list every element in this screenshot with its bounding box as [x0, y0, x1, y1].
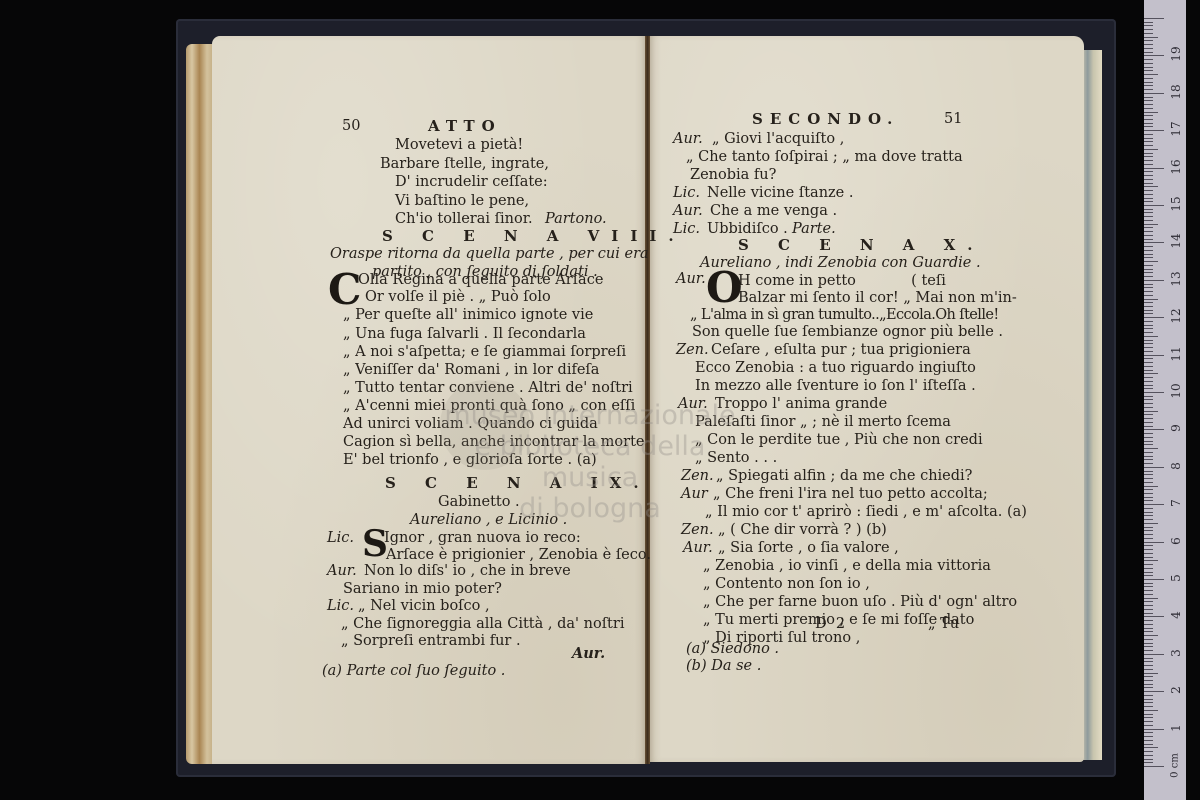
ruler-tick	[1144, 362, 1153, 363]
ruler-tick	[1144, 590, 1153, 591]
ruler-tick	[1144, 227, 1153, 228]
ruler-tick	[1144, 601, 1153, 602]
ruler-tick	[1144, 134, 1153, 135]
ruler-number: 1	[1169, 718, 1183, 738]
verse-line: Ecco Zenobia : a tuo riguardo ingiuſto	[695, 359, 976, 378]
ruler-tick	[1144, 639, 1153, 640]
ruler-tick	[1144, 351, 1153, 352]
ruler-tick	[1144, 613, 1153, 614]
ruler-tick	[1144, 115, 1153, 116]
ruler-tick	[1144, 549, 1153, 550]
ruler-tick	[1144, 97, 1153, 98]
ruler-tick	[1144, 216, 1153, 217]
verse-line: D' incrudelir ceſſate:	[395, 173, 548, 192]
scene-title: S C E N A VIII.	[382, 227, 686, 246]
ruler-tick	[1144, 224, 1158, 225]
watermark-line: di bologna	[430, 493, 750, 524]
catchword: Aur.	[572, 645, 605, 664]
ruler-tick	[1144, 175, 1153, 176]
ruler-tick	[1144, 313, 1153, 314]
ruler-tick	[1144, 545, 1153, 546]
ruler-tick	[1144, 328, 1153, 329]
ruler-tick	[1144, 156, 1153, 157]
ruler-tick	[1144, 44, 1153, 45]
ruler-tick	[1144, 444, 1153, 445]
watermark-line: e biblioteca della musica	[430, 431, 750, 493]
ruler-tick	[1144, 325, 1153, 326]
ruler-tick	[1144, 138, 1153, 139]
ruler-tick	[1144, 553, 1153, 554]
ruler-number: 2	[1169, 680, 1183, 700]
ruler-tick	[1144, 616, 1164, 617]
verse-line: „ Spiegati alfin ; da me che chiedi?	[716, 467, 972, 486]
ruler-tick	[1144, 759, 1153, 760]
footnote: (a) Parte col ſuo ſeguito .	[322, 662, 505, 681]
ruler-tick	[1144, 280, 1164, 281]
verse-line: „ Il mio cor t' aprirò : ſiedi , e m' aſ…	[705, 503, 1027, 522]
ruler-tick	[1144, 220, 1153, 221]
ruler-tick	[1144, 29, 1153, 30]
ruler-tick	[1144, 568, 1153, 569]
ruler-tick	[1144, 530, 1153, 531]
watermark: museo internazionale e biblioteca della …	[430, 400, 750, 510]
verse-line: „ Che tanto ſoſpirai ; „ ma dove tratta	[686, 148, 963, 167]
ruler-tick	[1144, 201, 1153, 202]
ruler-tick	[1144, 744, 1153, 745]
ruler-tick	[1144, 164, 1153, 165]
ruler-tick	[1144, 766, 1164, 767]
verse-line: In mezzo alle ſventure io ſon l' iſteſſa…	[695, 377, 976, 396]
ruler-tick	[1144, 82, 1153, 83]
ruler-tick	[1144, 695, 1153, 696]
ruler-tick	[1144, 527, 1153, 528]
ruler-tick	[1144, 665, 1153, 666]
ruler-number: 15	[1169, 194, 1183, 214]
ruler-tick	[1144, 448, 1158, 449]
ruler-tick	[1144, 272, 1153, 273]
speaker-label: Lic.	[327, 529, 354, 548]
measurement-ruler: 0 cm 12345678910111213141516171819	[1144, 0, 1186, 800]
verse-line: „ Che ſignoreggia alla Città , da' noſtr…	[341, 615, 624, 634]
ruler-tick	[1144, 572, 1153, 573]
ruler-number: 7	[1169, 493, 1183, 513]
verse-line: Movetevi a pietà!	[395, 136, 523, 155]
ruler-tick	[1144, 403, 1153, 404]
ruler-tick	[1144, 358, 1153, 359]
ruler-tick	[1144, 183, 1153, 184]
page-number: 51	[944, 110, 962, 129]
ruler-tick	[1144, 48, 1153, 49]
ruler-tick	[1144, 504, 1164, 505]
ruler-tick	[1144, 284, 1153, 285]
verse-line: „ Sia ſorte , o ſia valore ,	[718, 539, 899, 558]
verse-line: H come in petto ( teſi	[738, 272, 946, 291]
ruler-tick	[1144, 269, 1153, 270]
ruler-tick	[1144, 631, 1153, 632]
speaker-label: Aur.	[683, 539, 713, 558]
ruler-tick	[1144, 231, 1153, 232]
ruler-tick	[1144, 673, 1158, 674]
verse-line: Ch'io tollerai ſinor.	[395, 210, 533, 229]
speaker-label: Zen.	[676, 341, 709, 360]
stage-direction: Partono.	[545, 210, 607, 229]
ruler-tick	[1144, 212, 1153, 213]
ruler-tick	[1144, 706, 1153, 707]
ruler-tick	[1144, 579, 1164, 580]
ruler-tick	[1144, 392, 1164, 393]
verse-line: Ceſare , eſulta pur ; tua prigioniera	[711, 341, 971, 360]
ruler-tick	[1144, 347, 1153, 348]
ruler-tick	[1144, 209, 1153, 210]
ruler-number: 17	[1169, 119, 1183, 139]
ruler-tick	[1144, 55, 1164, 56]
ruler-tick	[1144, 399, 1153, 400]
ruler-number: 10	[1169, 381, 1183, 401]
ruler-tick	[1144, 598, 1158, 599]
ruler-tick	[1144, 250, 1153, 251]
scene-title: S C E N A X.	[738, 236, 985, 255]
verse-line: „ A noi s'aſpetta; e ſe giammai ſorpreſi	[343, 343, 626, 362]
speaker-label: Aur.	[676, 270, 706, 289]
ruler-tick	[1144, 747, 1158, 748]
ruler-tick	[1144, 59, 1153, 60]
speaker-label: Lic.	[673, 220, 700, 239]
ruler-tick	[1144, 583, 1153, 584]
ruler-tick	[1144, 190, 1153, 191]
ruler-tick	[1144, 340, 1153, 341]
ruler-tick	[1144, 489, 1153, 490]
ruler-tick	[1144, 18, 1164, 19]
ruler-tick	[1144, 149, 1158, 150]
ruler-tick	[1144, 609, 1153, 610]
ruler-tick	[1144, 321, 1153, 322]
ruler-tick	[1144, 40, 1153, 41]
ruler-tick	[1144, 108, 1153, 109]
ruler-number: 13	[1169, 269, 1183, 289]
ruler-tick	[1144, 396, 1153, 397]
ruler-tick	[1144, 291, 1153, 292]
verse-line: „ L'alma in sì gran tumulto..„Eccola.Oh …	[690, 306, 999, 325]
verse-line: Non lo diſs' io , che in breve	[364, 562, 571, 581]
ruler-tick	[1144, 471, 1153, 472]
ruler-tick	[1144, 52, 1153, 53]
ruler-tick	[1144, 519, 1153, 520]
ruler-tick	[1144, 332, 1153, 333]
ruler-tick	[1144, 168, 1164, 169]
ruler-tick	[1144, 646, 1153, 647]
verse-line: Che a me venga .	[710, 202, 837, 221]
ruler-tick	[1144, 736, 1153, 737]
verse-line: Son quelle ſue ſembianze ognor più belle…	[692, 323, 1003, 342]
ruler-tick	[1144, 557, 1153, 558]
ruler-tick	[1144, 467, 1164, 468]
ruler-tick	[1144, 373, 1158, 374]
ruler-tick	[1144, 306, 1153, 307]
ruler-number: 3	[1169, 643, 1183, 663]
ruler-tick	[1144, 141, 1153, 142]
ruler-tick	[1144, 676, 1153, 677]
ruler-tick	[1144, 512, 1153, 513]
ruler-tick	[1144, 254, 1153, 255]
drop-capital: C	[328, 270, 361, 310]
ruler-tick	[1144, 377, 1153, 378]
ruler-tick	[1144, 508, 1153, 509]
ruler-tick	[1144, 534, 1153, 535]
ruler-tick	[1144, 643, 1153, 644]
ruler-tick	[1144, 70, 1153, 71]
ruler-tick	[1144, 153, 1153, 154]
ruler-tick	[1144, 186, 1158, 187]
ruler-tick	[1144, 385, 1153, 386]
ruler-tick	[1144, 740, 1153, 741]
speaker-label: Aur.	[673, 202, 703, 221]
ruler-tick	[1144, 418, 1153, 419]
ruler-tick	[1144, 732, 1153, 733]
ruler-number: 5	[1169, 568, 1183, 588]
ruler-number: 16	[1169, 157, 1183, 177]
ruler-tick	[1144, 624, 1153, 625]
ruler-tick	[1144, 560, 1158, 561]
ruler-tick	[1144, 388, 1153, 389]
ruler-number: 12	[1169, 306, 1183, 326]
running-head: SECONDO.	[752, 110, 899, 129]
ruler-tick	[1144, 635, 1158, 636]
ruler-tick	[1144, 100, 1153, 101]
ruler-tick	[1144, 242, 1164, 243]
ruler-tick	[1144, 25, 1153, 26]
ruler-tick	[1144, 482, 1153, 483]
speaker-label: Lic.	[327, 597, 354, 616]
ruler-tick	[1144, 302, 1153, 303]
ruler-tick	[1144, 669, 1153, 670]
ruler-tick	[1144, 411, 1158, 412]
verse-line: Or volſe il piè . „ Può ſolo	[365, 288, 551, 307]
ruler-tick	[1144, 523, 1158, 524]
ruler-tick	[1144, 459, 1153, 460]
ruler-tick	[1144, 239, 1153, 240]
ruler-tick	[1144, 130, 1164, 131]
ruler-tick	[1144, 586, 1153, 587]
ruler-tick	[1144, 89, 1153, 90]
verse-line: „ Zenobia , io vinſi , e della mia vitto…	[703, 557, 991, 576]
ruler-tick	[1144, 721, 1153, 722]
verse-line: Vi baſtino le pene,	[395, 192, 529, 211]
ruler-tick	[1144, 112, 1158, 113]
ruler-tick	[1144, 456, 1153, 457]
ruler-tick	[1144, 497, 1153, 498]
ruler-number: 6	[1169, 531, 1183, 551]
ruler-tick	[1144, 366, 1153, 367]
catchword: „ Tu	[928, 615, 959, 634]
ruler-tick	[1144, 422, 1153, 423]
ruler-tick	[1144, 725, 1153, 726]
ruler-tick	[1144, 538, 1153, 539]
ruler-tick	[1144, 235, 1153, 236]
ruler-tick	[1144, 355, 1164, 356]
ruler-tick	[1144, 295, 1153, 296]
ruler-tick	[1144, 370, 1153, 371]
ruler-tick	[1144, 194, 1153, 195]
ruler-tick	[1144, 426, 1153, 427]
ruler-tick	[1144, 336, 1158, 337]
ruler-tick	[1144, 575, 1153, 576]
ruler-tick	[1144, 171, 1153, 172]
ruler-tick	[1144, 714, 1153, 715]
verse-line: Barbare ſtelle, ingrate,	[380, 155, 549, 174]
ruler-tick	[1144, 710, 1158, 711]
verse-line: Balzar mi ſento il cor! „ Mai non m'in-	[738, 289, 1017, 308]
ruler-tick	[1144, 123, 1153, 124]
verse-line: „ Che freni l'ira nel tuo petto accolta;	[713, 485, 988, 504]
ruler-tick	[1144, 564, 1153, 565]
ruler-tick	[1144, 287, 1153, 288]
ruler-number: 9	[1169, 418, 1183, 438]
ruler-tick	[1144, 684, 1153, 685]
ruler-tick	[1144, 658, 1153, 659]
verse-line: „ Una fuga ſalvarli . Il ſecondarla	[343, 325, 586, 344]
ruler-tick	[1144, 205, 1164, 206]
verse-line: „ Per queſte all' inimico ignote vie	[343, 306, 593, 325]
ruler-number: 11	[1169, 344, 1183, 364]
ruler-tick	[1144, 310, 1153, 311]
ruler-tick	[1144, 343, 1153, 344]
ruler-tick	[1144, 198, 1153, 199]
ruler-tick	[1144, 381, 1153, 382]
speaker-label: Aur.	[327, 562, 357, 581]
ruler-tick	[1144, 729, 1164, 730]
ruler-tick	[1144, 762, 1153, 763]
ruler-tick	[1144, 22, 1153, 23]
ruler-tick	[1144, 145, 1153, 146]
ruler-tick	[1144, 74, 1158, 75]
verse-line: „ Veniſſer da' Romani , in lor difeſa	[343, 361, 599, 380]
verse-line: Zenobia fu?	[690, 166, 776, 185]
ruler-tick	[1144, 699, 1153, 700]
ruler-tick	[1144, 246, 1153, 247]
ruler-tick	[1144, 594, 1153, 595]
ruler-unit-label: 0 cm	[1170, 751, 1181, 781]
ruler-tick	[1144, 478, 1153, 479]
ruler-tick	[1144, 261, 1158, 262]
ruler-tick	[1144, 493, 1153, 494]
signature-mark: D 2	[815, 615, 845, 634]
ruler-tick	[1144, 628, 1153, 629]
book-spread: 50 ATTO Movetevi a pietà! Barbare ſtelle…	[0, 0, 1200, 800]
ruler-tick	[1144, 515, 1153, 516]
verse-line: „ Che per farne buon uſo . Più d' ogn' a…	[703, 593, 1017, 612]
ruler-tick	[1144, 605, 1153, 606]
ruler-tick	[1144, 542, 1164, 543]
ruler-tick	[1144, 463, 1153, 464]
ruler-tick	[1144, 437, 1153, 438]
scene-direction: Oraspe ritorna da quella parte , per cui…	[330, 245, 649, 264]
ruler-tick	[1144, 414, 1153, 415]
running-head: ATTO	[428, 117, 502, 136]
ruler-tick	[1144, 620, 1153, 621]
ruler-tick	[1144, 755, 1153, 756]
ruler-tick	[1144, 407, 1153, 408]
ruler-number: 18	[1169, 82, 1183, 102]
ruler-number: 8	[1169, 456, 1183, 476]
ruler-number: 4	[1169, 605, 1183, 625]
verse-line: „ Sorpreſi entrambi fur .	[341, 632, 521, 651]
footnote: (a) Siedono .	[686, 640, 779, 659]
verse-line: Ignor , gran nuova io reco:	[384, 529, 581, 548]
ruler-tick	[1144, 452, 1153, 453]
ruler-tick	[1144, 299, 1158, 300]
ruler-tick	[1144, 67, 1153, 68]
verse-line: Nelle vicine ſtanze .	[707, 184, 853, 203]
ruler-tick	[1144, 433, 1153, 434]
ruler-tick	[1144, 654, 1164, 655]
ruler-tick	[1144, 486, 1158, 487]
ruler-tick	[1144, 702, 1153, 703]
ruler-tick	[1144, 500, 1153, 501]
ruler-tick	[1144, 179, 1153, 180]
speaker-label: Aur.	[673, 130, 703, 149]
ruler-tick	[1144, 276, 1153, 277]
ruler-tick	[1144, 691, 1164, 692]
ruler-tick	[1144, 78, 1153, 79]
ruler-tick	[1144, 160, 1153, 161]
ruler-tick	[1144, 661, 1153, 662]
footnote: (b) Da se .	[686, 657, 761, 676]
ruler-number: 14	[1169, 231, 1183, 251]
verse-line: Sariano in mio poter?	[343, 580, 502, 599]
ruler-tick	[1144, 93, 1164, 94]
ruler-tick	[1144, 751, 1153, 752]
ruler-tick	[1144, 119, 1153, 120]
verse-line: Olla Regina a quella parte Arſace	[358, 271, 603, 290]
ruler-tick	[1144, 650, 1153, 651]
ruler-tick	[1144, 104, 1153, 105]
ruler-tick	[1144, 257, 1153, 258]
ruler-tick	[1144, 317, 1164, 318]
ruler-tick	[1144, 85, 1153, 86]
ruler-tick	[1144, 37, 1158, 38]
ruler-tick	[1144, 429, 1164, 430]
ruler-tick	[1144, 717, 1153, 718]
ruler-number: 19	[1169, 44, 1183, 64]
ruler-tick	[1144, 687, 1153, 688]
ruler-tick	[1144, 680, 1153, 681]
ruler-tick	[1144, 441, 1153, 442]
verse-line: „ Contento non ſon io ,	[703, 575, 870, 594]
ruler-tick	[1144, 126, 1153, 127]
ruler-tick	[1144, 265, 1153, 266]
speaker-label: Lic.	[673, 184, 700, 203]
verse-line: „ Giovi l'acquiſto ,	[712, 130, 844, 149]
ruler-tick	[1144, 63, 1153, 64]
ruler-tick	[1144, 474, 1153, 475]
watermark-line: museo internazionale	[430, 400, 750, 431]
ruler-tick	[1144, 33, 1153, 34]
verse-line: „ Nel vicin boſco ,	[358, 597, 490, 616]
page-number: 50	[342, 117, 360, 136]
